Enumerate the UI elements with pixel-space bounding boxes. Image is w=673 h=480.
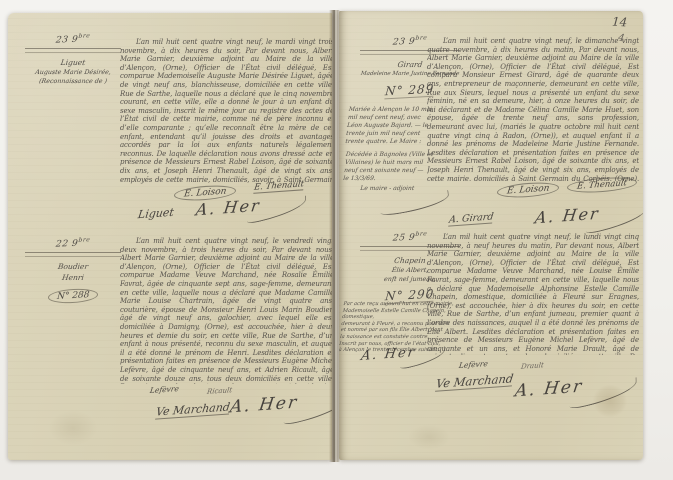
paper-stain bbox=[587, 379, 633, 423]
paper-stain bbox=[38, 403, 108, 453]
left-entry2-surname: Boudier bbox=[21, 261, 125, 272]
scanned-register-spread: { "document": { "description": "Double p… bbox=[0, 0, 673, 480]
register-right-page: 14 4 23 9bre Girard Madeleine Marie Just… bbox=[339, 11, 643, 460]
right-entry1-body: L’an mil huit cent quatre vingt neuf, le… bbox=[427, 37, 639, 181]
signature-veuve-marchand: Ve Marchand bbox=[435, 371, 514, 392]
date-day: 23 bbox=[55, 35, 69, 45]
date-day: 23 bbox=[392, 37, 406, 47]
margin-note-flourish bbox=[378, 190, 451, 217]
right-entry2-body: L’an mil huit cent quatre vingt neuf, le… bbox=[427, 233, 639, 355]
left-entry2-firstname: Henri bbox=[21, 272, 125, 283]
margin-signature-officer: A. Her bbox=[360, 345, 417, 364]
signature-officer: A. Her bbox=[534, 204, 601, 228]
signature-lefevre: Lefèvre bbox=[149, 384, 179, 395]
date-suffix: bre bbox=[415, 34, 428, 41]
left-entry1-margin: 23 9bre Liguet Auguste Marie Désirée, (R… bbox=[22, 33, 124, 86]
register-left-page: 23 9bre Liguet Auguste Marie Désirée, (R… bbox=[8, 13, 332, 460]
signature-veuve-marchand: Ve Marchand bbox=[155, 400, 231, 419]
left-entry1-firstnames: Auguste Marie Désirée, bbox=[21, 68, 124, 77]
left-entry2-margin: 22 9bre Boudier Henri N° 288 bbox=[22, 237, 124, 303]
left-entry1-date: 23 9bre bbox=[21, 31, 125, 47]
date-suffix: bre bbox=[415, 230, 428, 237]
note-line: Le maire - adjoint bbox=[360, 185, 467, 193]
date-suffix: bre bbox=[78, 236, 91, 243]
signature-ricault: Ricault bbox=[206, 386, 232, 396]
date-day: 25 bbox=[392, 233, 406, 243]
signature-loison: E. Loison bbox=[496, 181, 560, 200]
margin-rule bbox=[25, 252, 121, 257]
left-entry2-act-number: N° 288 bbox=[47, 288, 99, 305]
left-entry1-body: L’an mil huit cent quatre vingt neuf, le… bbox=[120, 38, 332, 184]
signature-girard: A. Girard bbox=[448, 211, 494, 226]
date-suffix: bre bbox=[78, 32, 91, 39]
left-entry2-body: L’an mil huit cent quatre vingt neuf, le… bbox=[120, 237, 332, 384]
signature-lefevre: Lefèvre bbox=[458, 359, 488, 370]
left-entry1-act-type: (Reconnaissance de ) bbox=[21, 77, 124, 86]
signature-officer: A. Her bbox=[514, 377, 585, 402]
folio-number: 14 bbox=[612, 14, 628, 29]
signature-officer: A. Her bbox=[229, 393, 300, 418]
signature-officer: A. Her bbox=[195, 196, 262, 220]
paper-stain bbox=[399, 419, 459, 455]
margin-rule bbox=[25, 48, 121, 53]
left-entry1-surname: Liguet bbox=[21, 57, 125, 68]
signature-drault: Drault bbox=[520, 361, 544, 371]
signature-liguet: Liguet bbox=[137, 206, 175, 222]
date-day: 22 bbox=[55, 239, 69, 249]
signature-thenault: E. Thenault bbox=[253, 179, 304, 194]
left-entry2-date: 22 9bre bbox=[21, 235, 125, 251]
